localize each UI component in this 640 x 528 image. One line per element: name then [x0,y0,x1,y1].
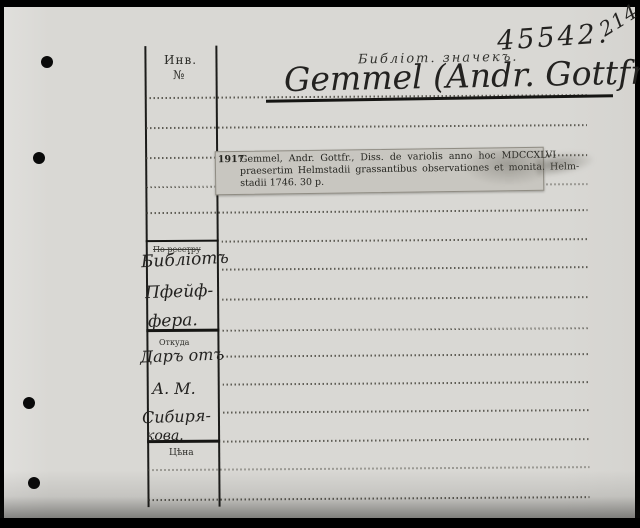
ruled-line [222,238,588,243]
inv-column-header: Инв. [164,53,197,67]
ink-smudge [461,150,541,187]
inv-column-number-sign: № [173,68,184,82]
pasted-catalog-slip: 1917 Gemmel, Andr. Gottfr., Diss. de var… [215,147,545,196]
slip-text-line3: stadii 1746. 30 p. [240,177,324,189]
ruled-line [147,209,588,214]
origin-handwriting-line4: кова. [146,428,184,444]
ruled-line [223,409,589,414]
inv-column-right-rule [215,46,220,507]
origin-handwriting-line2: А. М. [152,379,196,398]
origin-handwriting-line3: Сибиря- [142,406,211,427]
ruled-line [222,266,588,271]
ruled-line [223,353,589,358]
scanned-catalog-card: Инв. № По реестру Библіотъ Пфейф- фера. … [0,0,640,528]
ruled-line [222,296,588,301]
ruled-line [223,381,589,386]
provenance-handwriting-line2: Пфейф- [145,281,214,303]
author-heading-handwritten: Gemmel (Andr. Gottfr.). [284,52,640,99]
provenance-handwriting-line3: фера. [148,310,198,332]
ruled-line [149,496,590,501]
ruled-line [222,327,588,332]
ruled-line [223,438,589,443]
ruled-line [148,466,589,471]
price-field-label: Цѣна [169,448,194,458]
origin-handwriting-line1: Даръ отъ [140,345,225,367]
section-divider [146,240,219,243]
ruled-line [146,124,587,129]
